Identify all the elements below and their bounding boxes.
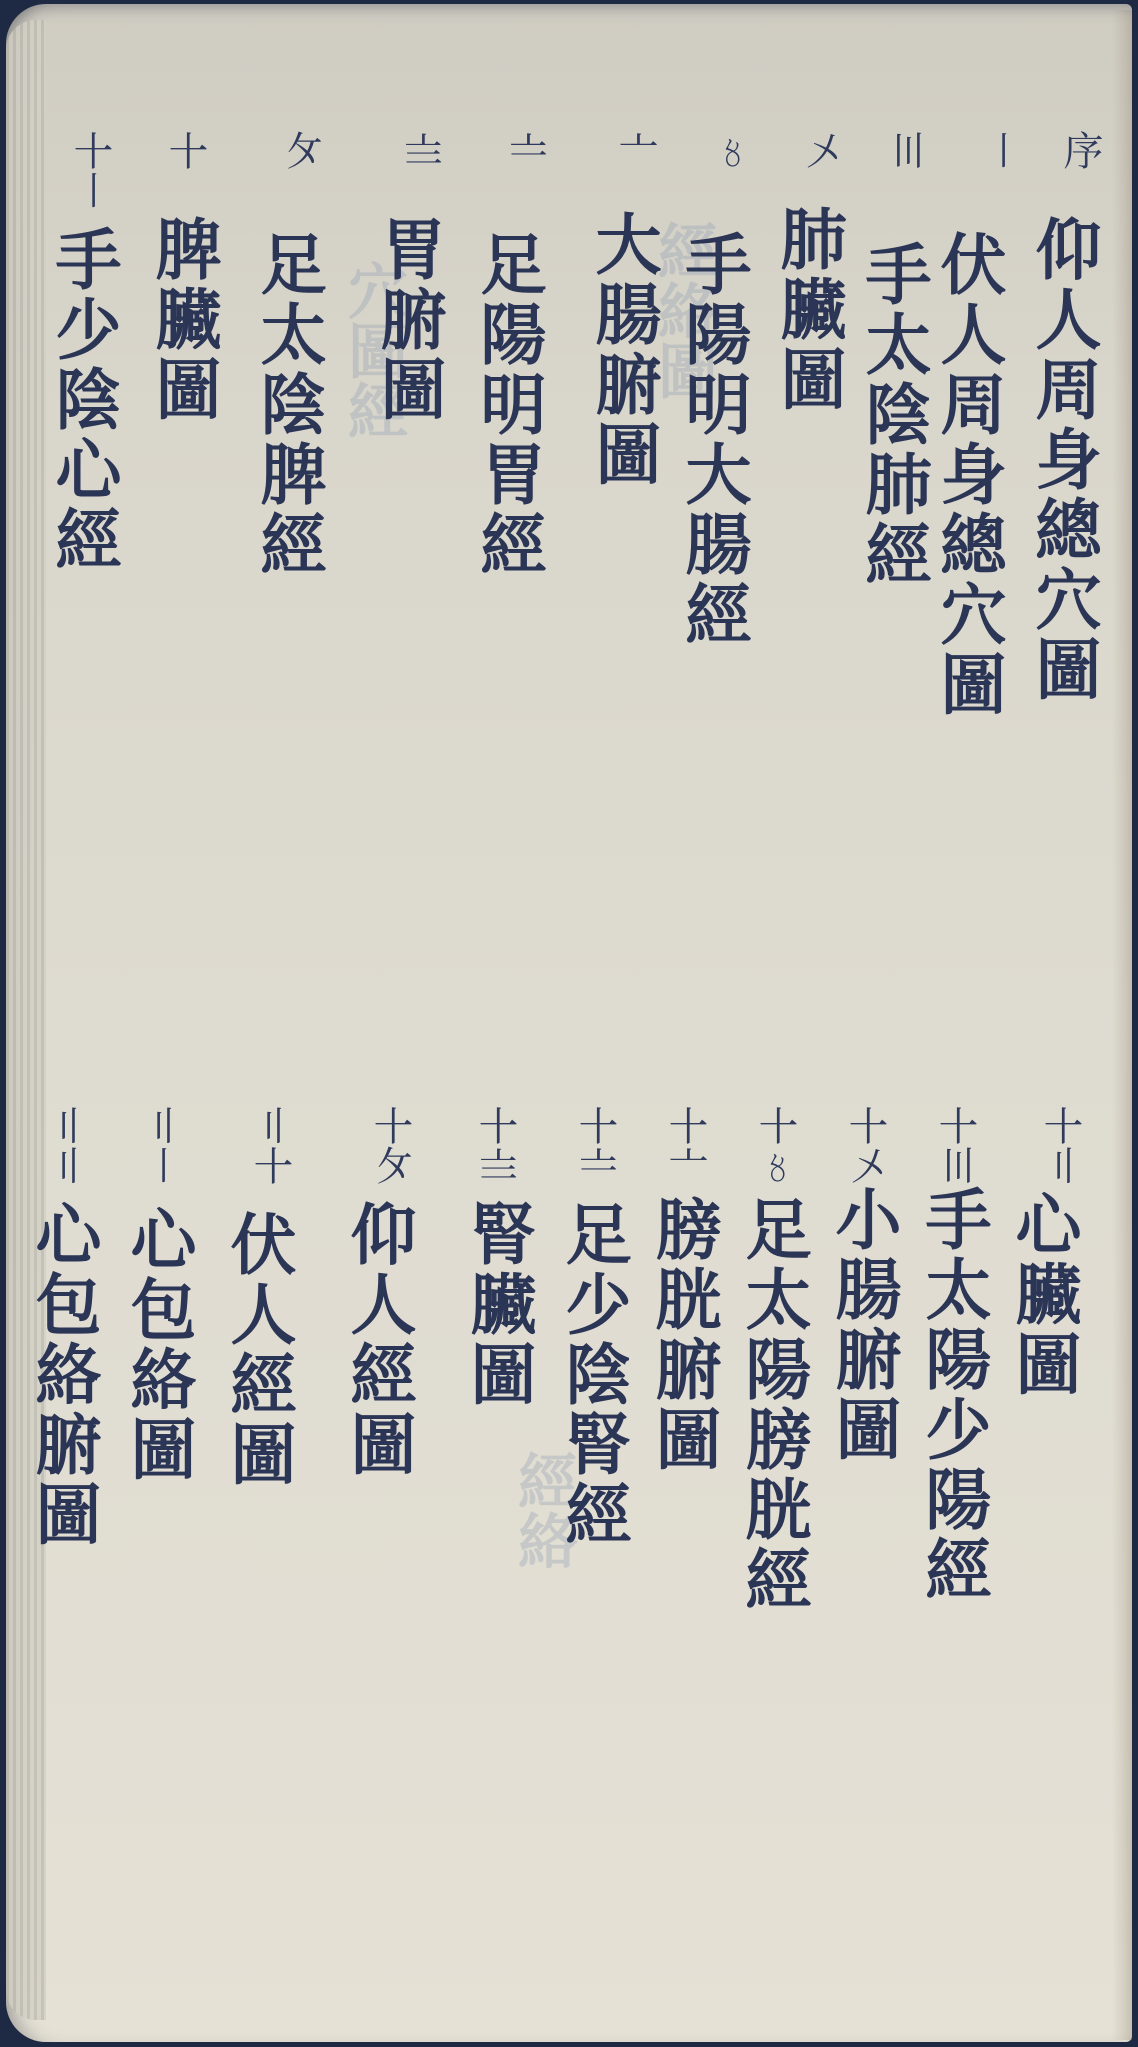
toc-entry-title: 伏人周身總穴圖	[935, 230, 1001, 720]
page-number: 〨	[400, 130, 440, 170]
page-number: 〧	[505, 130, 545, 170]
book-spine-edge	[6, 20, 46, 2020]
page-number: 〸〧	[575, 1105, 615, 1185]
page-number: 〢〡	[140, 1105, 180, 1185]
toc-entry-title: 腎臟圖	[465, 1200, 531, 1410]
toc-entry-title: 手太陽少陽經	[920, 1185, 986, 1605]
page-number: 〸〣	[935, 1105, 975, 1185]
page-number: 〸〦	[665, 1105, 705, 1185]
page-number: 〸〨	[475, 1105, 515, 1185]
page-number: 〸〤	[845, 1105, 885, 1185]
page-number: 〣	[885, 130, 925, 170]
toc-entry-title: 膀胱腑圖	[650, 1195, 716, 1475]
page-number: 〸	[165, 130, 205, 170]
toc-entry-title: 足少陰腎經	[560, 1200, 626, 1550]
page-number: 〸〥	[755, 1105, 795, 1185]
toc-entry-title: 足太陽膀胱經	[740, 1195, 806, 1615]
toc-entry-title: 手太陰肺經	[860, 240, 926, 590]
page-number: 〸〩	[370, 1105, 410, 1185]
toc-entry-title: 心臟圖	[1010, 1190, 1076, 1400]
toc-entry-title: 肺臟圖	[775, 205, 841, 415]
page-number: 〦	[615, 130, 655, 170]
page-right-edge	[1112, 10, 1132, 2040]
toc-entry-title: 胃腑圖	[375, 215, 441, 425]
page-number: 〸〢	[1040, 1105, 1080, 1185]
toc-entry-title: 心包絡腑圖	[30, 1200, 96, 1550]
toc-entry-title: 手陽明大腸經	[680, 230, 746, 650]
toc-entry-title: 脾臟圖	[150, 215, 216, 425]
toc-entry-title: 小腸腑圖	[830, 1185, 896, 1465]
toc-entry-title: 手少陰心經	[50, 225, 116, 575]
page-number: 〢〸	[250, 1105, 290, 1185]
page-number: 〥	[710, 130, 750, 170]
toc-entry-title: 足太陰脾經	[255, 230, 321, 580]
page-number: 〡	[980, 130, 1020, 170]
page-number: 〢〢	[45, 1105, 85, 1185]
toc-entry-title: 心包絡圖	[125, 1205, 191, 1485]
toc-entry-title: 足陽明胃經	[475, 230, 541, 580]
toc-entry-title: 仰人周身總穴圖	[1030, 215, 1096, 705]
toc-entry-title: 大腸腑圖	[590, 210, 656, 490]
page-number: 〸〡	[70, 130, 110, 210]
toc-entry-title: 伏人經圖	[225, 1210, 291, 1490]
page-number: 〤	[800, 130, 840, 170]
toc-entry-title: 仰人經圖	[345, 1200, 411, 1480]
page-number: 〩	[280, 130, 320, 170]
page-number: 序	[1060, 130, 1100, 170]
